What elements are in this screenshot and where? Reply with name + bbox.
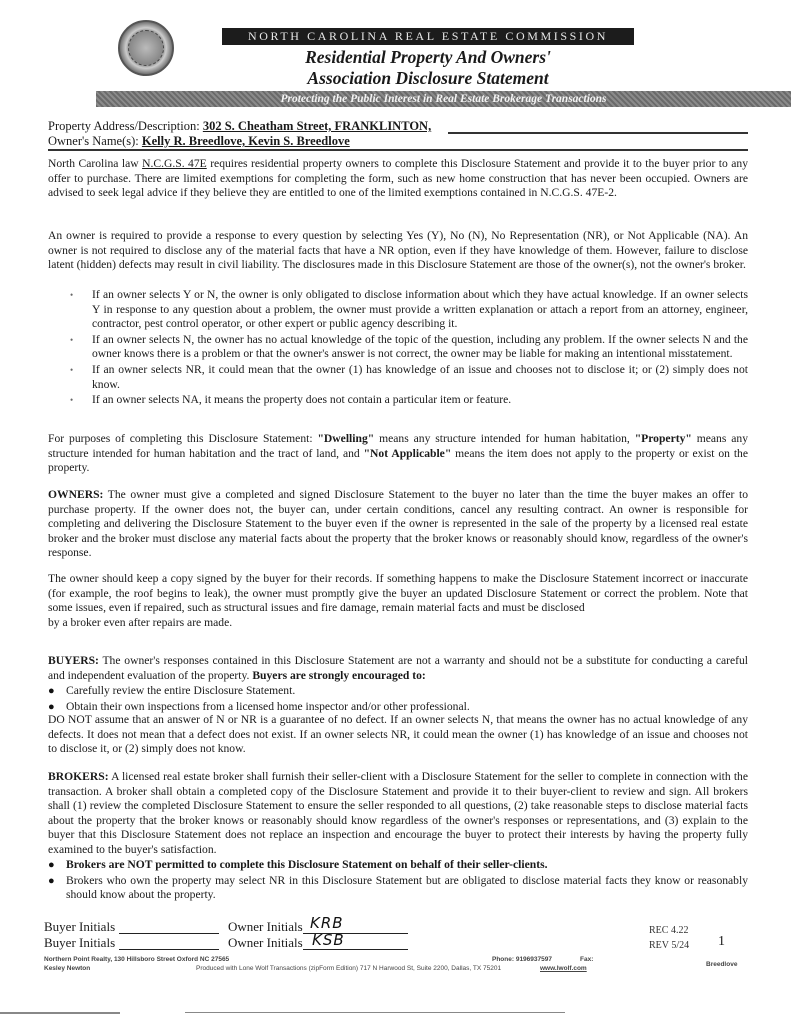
owners-update-text-cont: by a broker even after repairs are made. — [48, 616, 748, 631]
intro-paragraph-2: An owner is required to provide a respon… — [48, 229, 748, 273]
property-address-value: 302 S. Cheatham Street, FRANKLINTON, — [203, 119, 431, 133]
footer-agent: Kesley Newton — [44, 964, 90, 973]
page-number: 1 — [718, 934, 725, 950]
footer-document-name: Breedlove — [706, 960, 737, 969]
bullet-icon: ● — [48, 684, 55, 699]
form-code: REC 4.22 — [649, 924, 688, 937]
term-not-applicable: "Not Applicable" — [364, 447, 452, 460]
bullet-icon: • — [70, 288, 73, 303]
owner-initials-signature-1: KRB — [310, 914, 344, 932]
list-item: ●Obtain their own inspections from a lic… — [48, 700, 748, 715]
owner-initials-label-1: Owner Initials — [228, 919, 303, 935]
buyers-warning: DO NOT assume that an answer of N or NR … — [48, 713, 748, 757]
list-item-text: Carefully review the entire Disclosure S… — [66, 684, 295, 697]
buyer-initials-label-2: Buyer Initials — [44, 935, 115, 951]
list-item-text: Brokers are NOT permitted to complete th… — [66, 858, 548, 871]
owner-initials-field-2[interactable] — [303, 949, 408, 950]
buyers-list: ●Carefully review the entire Disclosure … — [48, 684, 748, 715]
brokers-heading: BROKERS: — [48, 770, 109, 783]
brokers-text: A licensed real estate broker shall furn… — [48, 770, 748, 856]
bullet-icon: ● — [48, 858, 55, 873]
title-line-1: Residential Property And Owners' — [222, 47, 634, 68]
scan-artifact-line — [0, 1012, 120, 1014]
bullet-icon: • — [70, 363, 73, 378]
owner-name-underline — [48, 149, 748, 151]
footer-produced-by: Produced with Lone Wolf Transactions (zi… — [196, 964, 501, 973]
definitions-text: For purposes of completing this Disclosu… — [48, 432, 318, 445]
footer-fax: Fax: — [580, 955, 593, 964]
list-item-text: If an owner selects NA, it means the pro… — [92, 393, 511, 406]
brokers-section: BROKERS: A licensed real estate broker s… — [48, 770, 748, 858]
footer-brokerage: Northern Point Realty, 130 Hillsboro Str… — [44, 955, 229, 964]
list-item: •If an owner selects NR, it could mean t… — [48, 363, 748, 392]
ncgs-47e-reference: N.C.G.S. 47E — [142, 157, 207, 170]
owners-paragraph-2: The owner should keep a copy signed by t… — [48, 572, 748, 630]
buyers-section: BUYERS: The owner's responses contained … — [48, 654, 748, 683]
bullet-icon: • — [70, 393, 73, 408]
form-revision: REV 5/24 — [649, 939, 689, 952]
owner-name-label: Owner's Name(s): — [48, 134, 142, 148]
buyers-encouraged: Buyers are strongly encouraged to: — [252, 669, 425, 682]
bullet-icon: ● — [48, 874, 55, 889]
owner-name-field: Owner's Name(s): Kelly R. Breedlove, Kev… — [48, 134, 350, 149]
buyer-initials-field-2[interactable] — [119, 949, 219, 950]
term-dwelling: "Dwelling" — [318, 432, 375, 445]
footer-link[interactable]: www.lwolf.com — [540, 964, 587, 973]
tagline-banner: Protecting the Public Interest in Real E… — [96, 91, 791, 107]
owner-name-value: Kelly R. Breedlove, Kevin S. Breedlove — [142, 134, 350, 148]
buyer-initials-label-1: Buyer Initials — [44, 919, 115, 935]
list-item: ●Brokers who own the property may select… — [48, 874, 748, 903]
owners-update-text: The owner should keep a copy signed by t… — [48, 572, 748, 616]
buyer-initials-field-1[interactable] — [119, 933, 219, 934]
intro-text: North Carolina law — [48, 157, 142, 170]
response-options-list: •If an owner selects Y or N, the owner i… — [48, 288, 748, 409]
nc-state-seal-icon — [118, 20, 174, 76]
owners-text: The owner must give a completed and sign… — [48, 488, 748, 559]
footer-phone: Phone: 9196937597 — [492, 955, 552, 964]
brokers-list: ●Brokers are NOT permitted to complete t… — [48, 858, 748, 904]
disclosure-page: NORTH CAROLINA REAL ESTATE COMMISSION Re… — [0, 0, 791, 1024]
bullet-icon: • — [70, 333, 73, 348]
scan-artifact-line — [185, 1012, 565, 1013]
list-item-text: If an owner selects Y or N, the owner is… — [92, 288, 748, 330]
list-item-text: If an owner selects N, the owner has no … — [92, 333, 748, 361]
owners-section: OWNERS: The owner must give a completed … — [48, 488, 748, 561]
property-address-label: Property Address/Description: — [48, 119, 203, 133]
term-property: "Property" — [635, 432, 692, 445]
title-line-2: Association Disclosure Statement — [222, 68, 634, 89]
list-item-text: Brokers who own the property may select … — [66, 874, 748, 902]
list-item-text: Obtain their own inspections from a lice… — [66, 700, 470, 713]
intro-paragraph-1: North Carolina law N.C.G.S. 47E requires… — [48, 157, 748, 201]
owner-initials-label-2: Owner Initials — [228, 935, 303, 951]
definitions-paragraph: For purposes of completing this Disclosu… — [48, 432, 748, 476]
property-address-underline — [448, 132, 748, 134]
document-title: Residential Property And Owners' Associa… — [222, 47, 634, 89]
definitions-text: means any structure intended for human h… — [374, 432, 635, 445]
list-item-text: If an owner selects NR, it could mean th… — [92, 363, 748, 391]
list-item: •If an owner selects NA, it means the pr… — [48, 393, 748, 408]
list-item: •If an owner selects Y or N, the owner i… — [48, 288, 748, 332]
property-address-field: Property Address/Description: 302 S. Che… — [48, 119, 431, 134]
list-item: •If an owner selects N, the owner has no… — [48, 333, 748, 362]
owner-initials-signature-2: KSB — [312, 931, 345, 949]
commission-banner: NORTH CAROLINA REAL ESTATE COMMISSION — [222, 28, 634, 45]
list-item: ●Carefully review the entire Disclosure … — [48, 684, 748, 699]
owners-heading: OWNERS: — [48, 488, 103, 501]
buyers-heading: BUYERS: — [48, 654, 99, 667]
bullet-icon: ● — [48, 700, 55, 715]
list-item: ●Brokers are NOT permitted to complete t… — [48, 858, 748, 873]
